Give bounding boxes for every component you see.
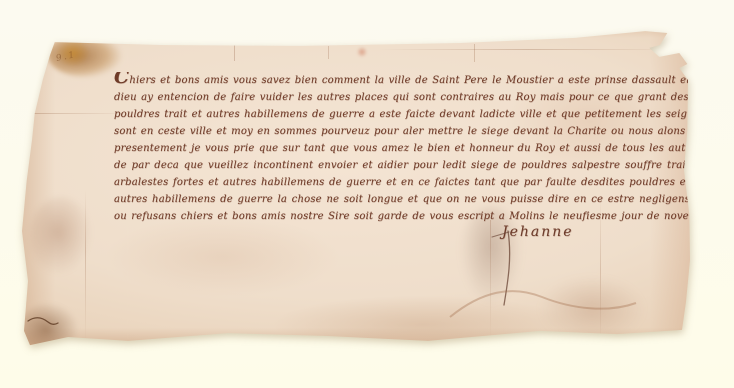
- signature-paraph-stroke: [504, 231, 510, 305]
- manuscript-line: Chiers et bons amis vous savez bien comm…: [114, 72, 690, 89]
- manuscript-line: dieu ay entencion de faire vuider les au…: [114, 89, 690, 106]
- manuscript-line: pouldres trait et autres habillemens de …: [114, 106, 690, 123]
- photo-backdrop: 9.1 Chiers et bons amis vous savez bien …: [0, 0, 734, 388]
- manuscript-paper: 9.1 Chiers et bons amis vous savez bien …: [22, 25, 690, 347]
- manuscript-line: autres habillemens de guerre la chose ne…: [114, 191, 690, 208]
- bottom-left-ink-hook: [28, 318, 58, 325]
- top-edge-crease-2: [328, 46, 329, 59]
- manuscript-line: de par deca que vueillez incontinent env…: [114, 157, 690, 174]
- fold-crease-vertical-center: [490, 220, 491, 342]
- fold-crease-vertical-left: [85, 190, 86, 342]
- bottom-left-stain: [20, 303, 78, 351]
- left-edge-smudge: [30, 197, 92, 275]
- crease-wave-mark: [450, 291, 636, 317]
- bottom-right-stain: [540, 277, 644, 341]
- fold-crease-horizontal-top: [378, 49, 678, 50]
- signature-jehanne: Jehanne: [502, 223, 574, 241]
- top-edge-crease-3: [474, 44, 475, 62]
- manuscript-line: ou refusans chiers et bons amis nostre S…: [114, 208, 690, 225]
- top-edge-crease-1: [234, 45, 235, 61]
- manuscript-line: sont en ceste ville et moy en sommes pou…: [114, 123, 690, 140]
- paper-surface: 9.1 Chiers et bons amis vous savez bien …: [22, 25, 690, 347]
- top-edge-spot: [356, 47, 368, 57]
- manuscript-line: arbalestes fortes et autres habillemens …: [114, 174, 690, 191]
- letter-text-block: Chiers et bons amis vous savez bien comm…: [114, 72, 690, 225]
- manuscript-line: presentement je vous prie que sur tant q…: [114, 140, 690, 157]
- archival-mark: 9.1: [55, 50, 77, 64]
